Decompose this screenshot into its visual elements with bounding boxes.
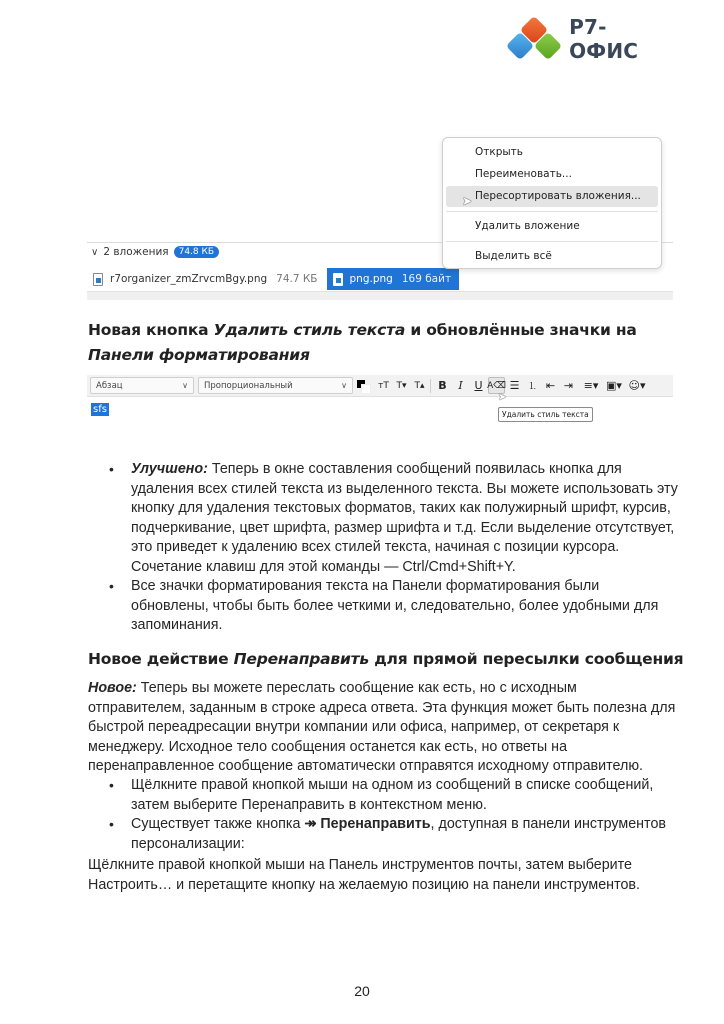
menu-item-select-all[interactable]: Выделить всё	[446, 246, 658, 267]
image-file-icon	[333, 273, 343, 286]
chevron-down-icon: ∨	[341, 381, 347, 390]
insert-emoji-button[interactable]: ☺▾	[626, 377, 648, 394]
chevron-down-icon: ∨	[91, 247, 98, 258]
chevron-down-icon: ∨	[182, 381, 188, 390]
attachment-item-selected[interactable]: png.png 169 байт	[327, 268, 460, 290]
section1-bullet-list: Улучшено: Теперь в окне составления сооб…	[108, 460, 678, 636]
company-logo: Р7-ОФИС	[492, 10, 674, 68]
paragraph-format-select[interactable]: Абзац∨	[90, 377, 194, 394]
attachment-size: 74.7 КБ	[276, 273, 317, 285]
attachment-context-menu: Открыть Переименовать... Пересортировать…	[442, 137, 662, 269]
font-family-select[interactable]: Пропорциональный∨	[198, 377, 353, 394]
underline-button[interactable]: U	[470, 377, 487, 394]
attachment-name: png.png	[350, 273, 393, 285]
bullet-improved: Улучшено: Теперь в окне составления сооб…	[108, 460, 678, 577]
editor-selected-text[interactable]: sfs	[91, 403, 109, 416]
outdent-button[interactable]: ⇤	[542, 377, 559, 394]
page-number: 20	[0, 983, 724, 999]
bulleted-list-button[interactable]: ☰	[506, 377, 523, 394]
image-file-icon	[93, 273, 103, 286]
numbered-list-button[interactable]: ⒈	[524, 377, 541, 394]
section-heading-remove-style: Новая кнопка Удалить стиль текста и обно…	[88, 318, 668, 368]
font-smaller-button[interactable]: тT	[375, 377, 392, 394]
menu-item-rename[interactable]: Переименовать...	[446, 164, 658, 185]
bullet-icons-updated: Все значки форматирования текста на Пане…	[108, 577, 678, 636]
section2-outro: Щёлкните правой кнопкой мыши на Панель и…	[88, 856, 678, 895]
attachment-name: r7organizer_zmZrvcmBgy.png	[110, 273, 267, 285]
attachment-size: 169 байт	[402, 273, 451, 285]
font-reset-button[interactable]: T▾	[393, 377, 410, 394]
formatting-toolbar: Абзац∨ Пропорциональный∨ тT T▾ T▴ B I U …	[87, 375, 673, 397]
section2-bullet-list: Щёлкните правой кнопкой мыши на одном из…	[108, 776, 678, 854]
insert-image-button[interactable]: ▣▾	[603, 377, 625, 394]
align-button[interactable]: ≡▾	[580, 377, 602, 394]
attachments-toggle[interactable]: ∨ 2 вложения 74.8 КБ	[91, 246, 219, 258]
text-color-button[interactable]	[357, 380, 369, 392]
logo-text: Р7-ОФИС	[569, 15, 674, 63]
bullet-toolbar-button: Существует также кнопка ↠ Перенаправить,…	[108, 815, 678, 854]
indent-button[interactable]: ⇥	[560, 377, 577, 394]
menu-item-reorder-attachments[interactable]: Пересортировать вложения...	[446, 186, 658, 207]
attachment-item[interactable]: r7organizer_zmZrvcmBgy.png 74.7 КБ	[87, 268, 324, 290]
bold-button[interactable]: B	[434, 377, 451, 394]
mouse-pointer-icon: ➤	[498, 392, 506, 403]
attachment-list: r7organizer_zmZrvcmBgy.png 74.7 КБ png.p…	[87, 268, 673, 290]
font-larger-button[interactable]: T▴	[411, 377, 428, 394]
menu-separator	[446, 241, 658, 242]
logo-mark-icon	[504, 14, 563, 64]
menu-separator	[446, 211, 658, 212]
attachment-pane-bottom	[87, 291, 673, 300]
mouse-pointer-icon: ➤	[462, 194, 472, 208]
bullet-context-menu: Щёлкните правой кнопкой мыши на одном из…	[108, 776, 678, 815]
section2-intro: Новое: Теперь вы можете переслать сообще…	[88, 679, 678, 777]
tooltip-remove-text-style: Удалить стиль текста	[498, 407, 593, 422]
attachments-count: 2 вложения	[103, 246, 168, 258]
attachments-total-size-badge: 74.8 КБ	[174, 246, 219, 258]
section-heading-redirect: Новое действие Перенаправить для прямой …	[88, 647, 688, 672]
menu-item-open[interactable]: Открыть	[446, 142, 658, 163]
italic-button[interactable]: I	[452, 377, 469, 394]
menu-item-delete-attachment[interactable]: Удалить вложение	[446, 216, 658, 237]
